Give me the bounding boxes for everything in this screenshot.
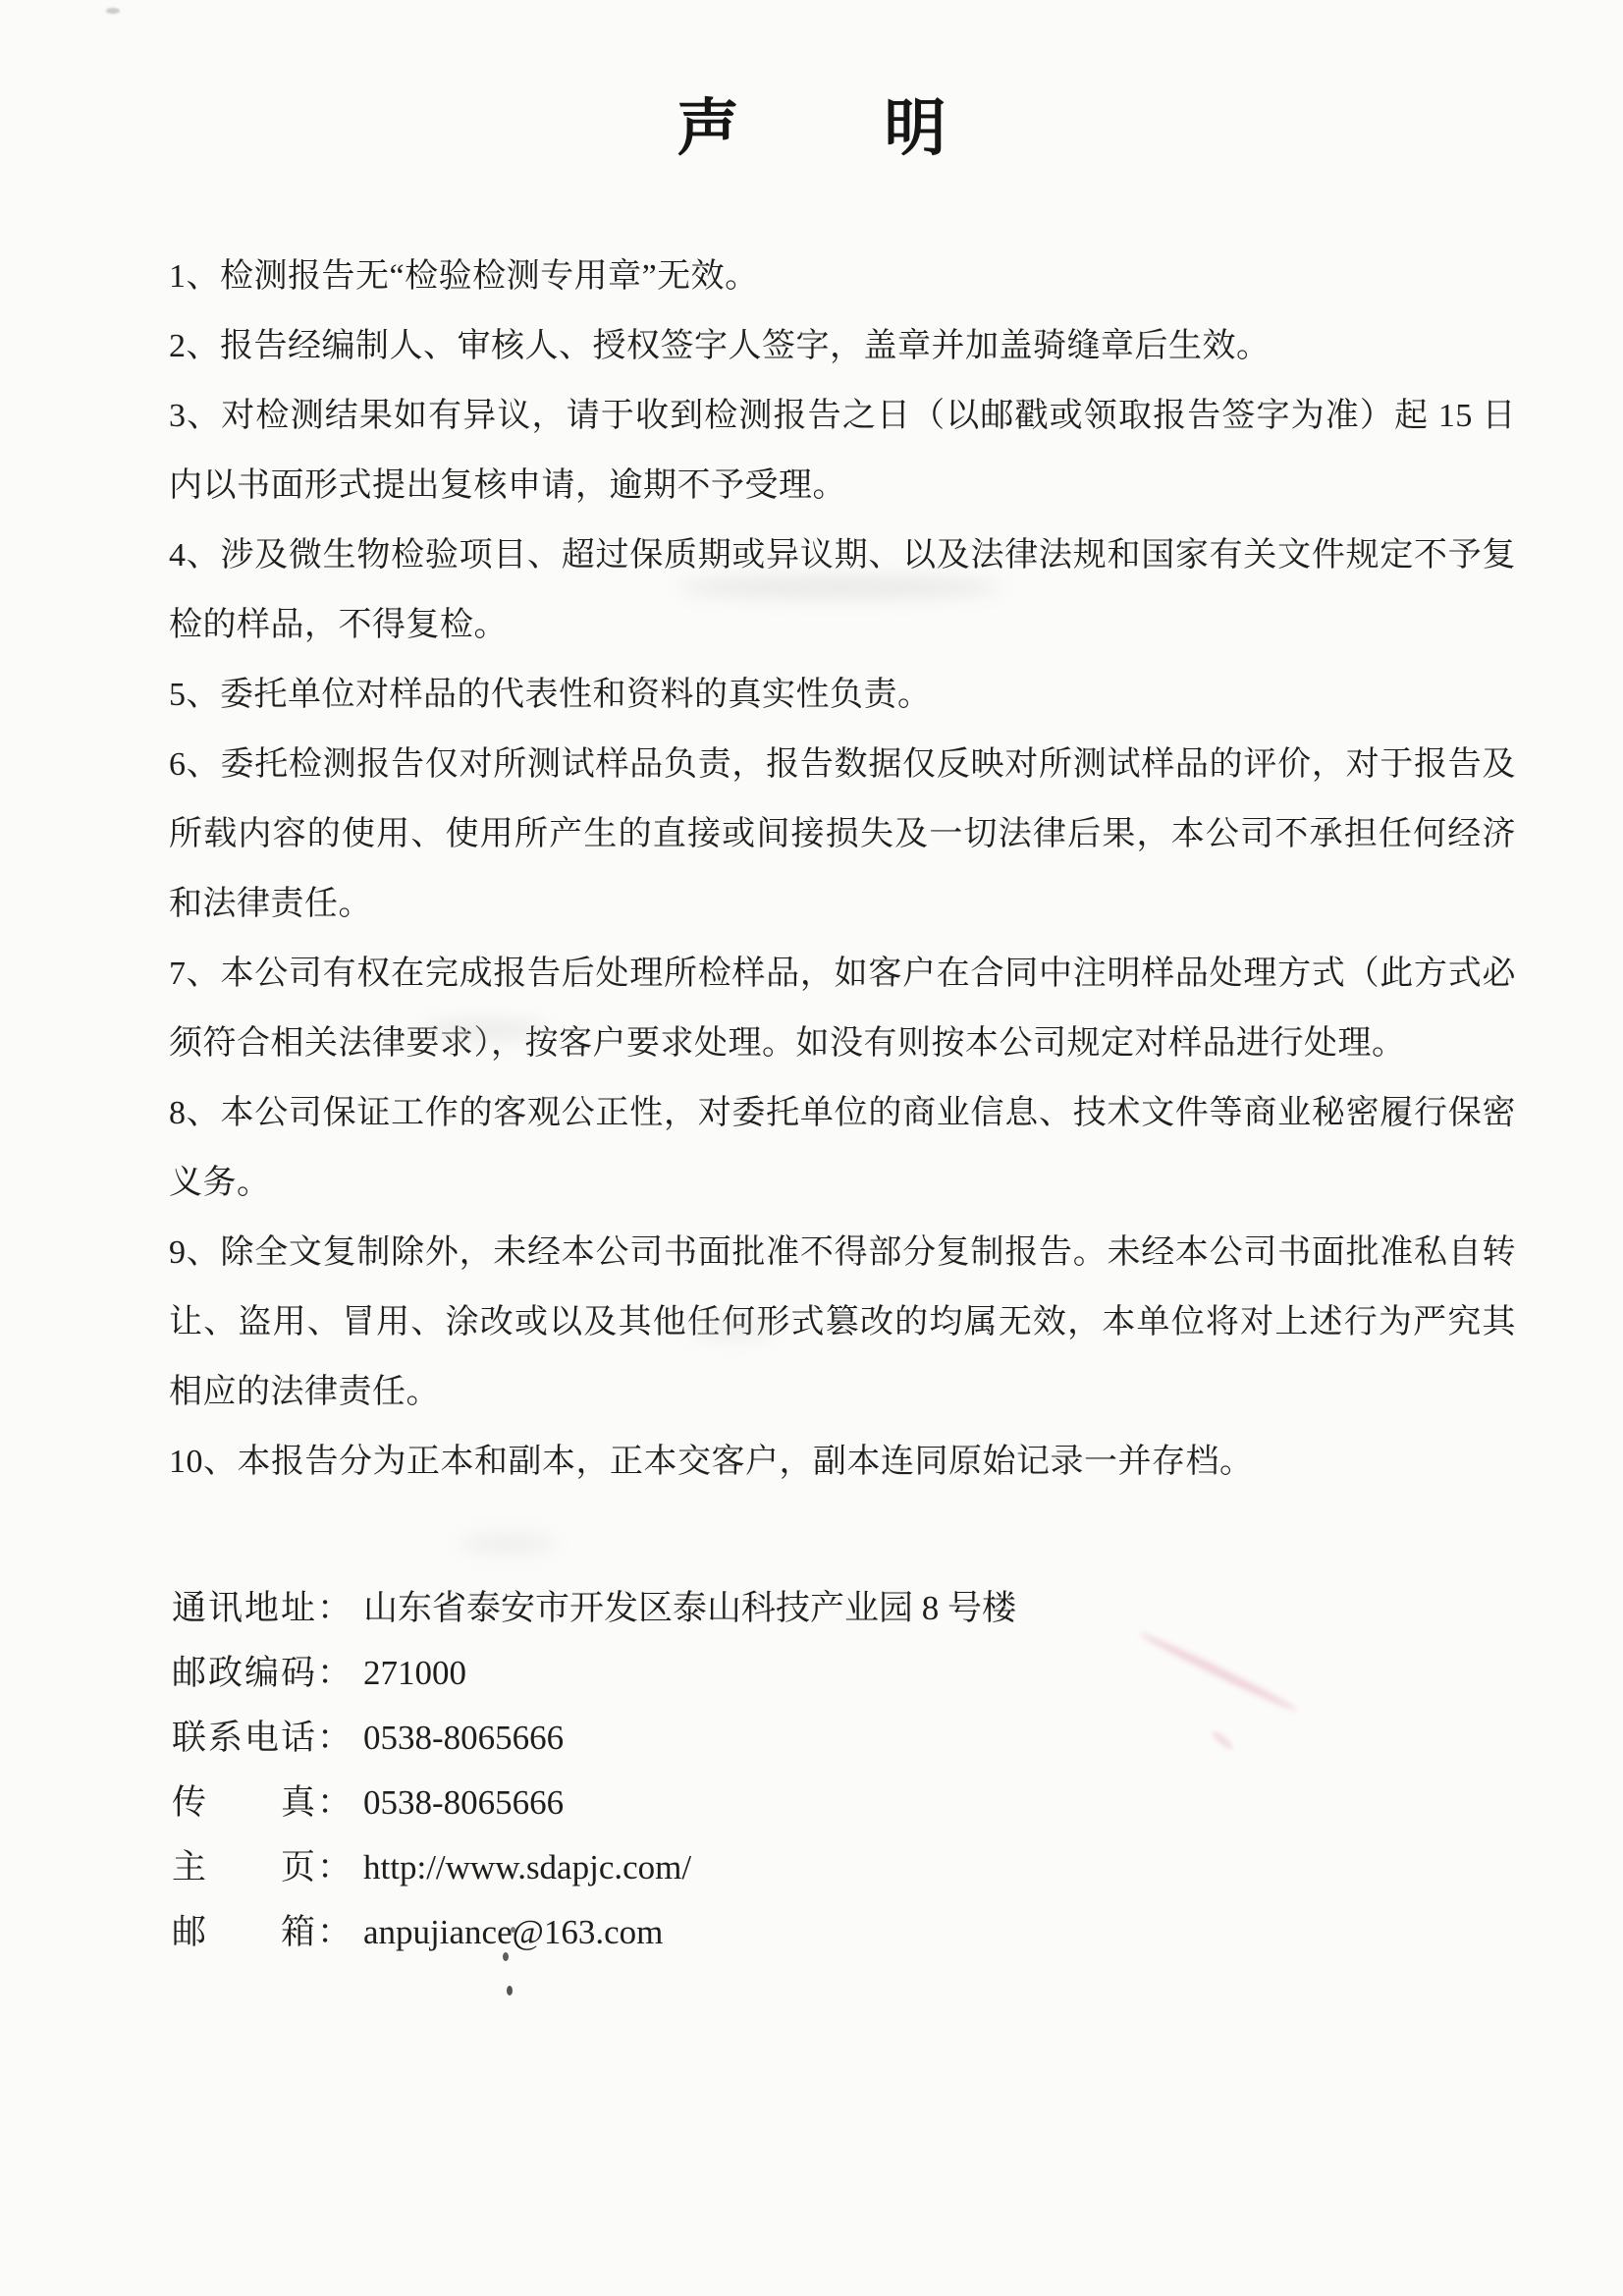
contact-value-address: 山东省泰安市开发区泰山科技产业园 8 号楼 — [363, 1589, 1016, 1627]
page-title-char-right: 明 — [885, 79, 947, 168]
pink-stain-dot — [1210, 1729, 1234, 1752]
contact-row-postcode: 邮政编码：271000 — [172, 1641, 1016, 1706]
contact-row-address: 通讯地址：山东省泰安市开发区泰山科技产业园 8 号楼 — [172, 1576, 1016, 1641]
contact-value-email: anpujiance@163.com — [363, 1913, 663, 1951]
declaration-item-5: 5、委托单位对样品的代表性和资料的真实性负责。 — [169, 660, 1516, 730]
declaration-item-8: 8、本公司保证工作的客观公正性，对委托单位的商业信息、技术文件等商业秘密履行保密… — [169, 1078, 1516, 1218]
contact-value-postcode: 271000 — [363, 1654, 466, 1692]
declaration-item-9: 9、除全文复制除外，未经本公司书面批准不得部分复制报告。未经本公司书面批准私自转… — [169, 1218, 1516, 1427]
scan-edge-mark — [106, 8, 120, 14]
contact-row-phone: 联系电话：0538-8065666 — [172, 1706, 1016, 1771]
declaration-page: 声 明 1、检测报告无“检验检测专用章”无效。 2、报告经编制人、审核人、授权签… — [0, 0, 1623, 2296]
declaration-item-7: 7、本公司有权在完成报告后处理所检样品，如客户在合同中注明样品处理方式（此方式必… — [169, 939, 1516, 1078]
declaration-item-3: 3、对检测结果如有异议，请于收到检测报告之日（以邮戳或领取报告签字为准）起 15… — [169, 381, 1516, 520]
contact-label-phone: 联系电话： — [172, 1719, 353, 1757]
contact-label-address: 通讯地址： — [172, 1589, 353, 1627]
contact-label-fax: 传 真： — [172, 1783, 353, 1822]
contact-value-fax: 0538-8065666 — [363, 1783, 564, 1822]
contact-label-postcode: 邮政编码： — [172, 1654, 353, 1692]
contact-label-email: 邮 箱： — [172, 1913, 353, 1951]
contact-value-phone: 0538-8065666 — [363, 1719, 564, 1757]
contact-row-fax: 传 真：0538-8065666 — [172, 1771, 1016, 1835]
pink-stain-mark — [1138, 1629, 1299, 1714]
contact-row-homepage: 主 页：http://www.sdapjc.com/ — [172, 1835, 1016, 1900]
contact-label-homepage: 主 页： — [172, 1848, 353, 1886]
contact-row-email: 邮 箱：anpujiance@163.com — [172, 1900, 1016, 1965]
ink-speck — [507, 1986, 513, 1995]
declaration-item-6: 6、委托检测报告仅对所测试样品负责，报告数据仅反映对所测试样品的评价，对于报告及… — [169, 730, 1516, 939]
declaration-item-2: 2、报告经编制人、审核人、授权签字人签字，盖章并加盖骑缝章后生效。 — [169, 311, 1516, 381]
declaration-item-10: 10、本报告分为正本和副本，正本交客户，副本连同原始记录一并存档。 — [169, 1427, 1516, 1497]
page-title: 声 明 — [0, 79, 1623, 168]
scan-ghost-mark — [460, 1534, 558, 1554]
declaration-item-4: 4、涉及微生物检验项目、超过保质期或异议期、以及法律法规和国家有关文件规定不予复… — [169, 520, 1516, 660]
scanned-document: { "title": { "left": "声", "right": "明" }… — [0, 0, 1623, 2296]
contact-block: 通讯地址：山东省泰安市开发区泰山科技产业园 8 号楼 邮政编码：271000 联… — [172, 1576, 1016, 1965]
contact-value-homepage: http://www.sdapjc.com/ — [363, 1848, 691, 1886]
declaration-item-1: 1、检测报告无“检验检测专用章”无效。 — [169, 242, 1516, 311]
page-title-char-left: 声 — [677, 79, 739, 168]
declaration-items: 1、检测报告无“检验检测专用章”无效。 2、报告经编制人、审核人、授权签字人签字… — [169, 242, 1516, 1497]
